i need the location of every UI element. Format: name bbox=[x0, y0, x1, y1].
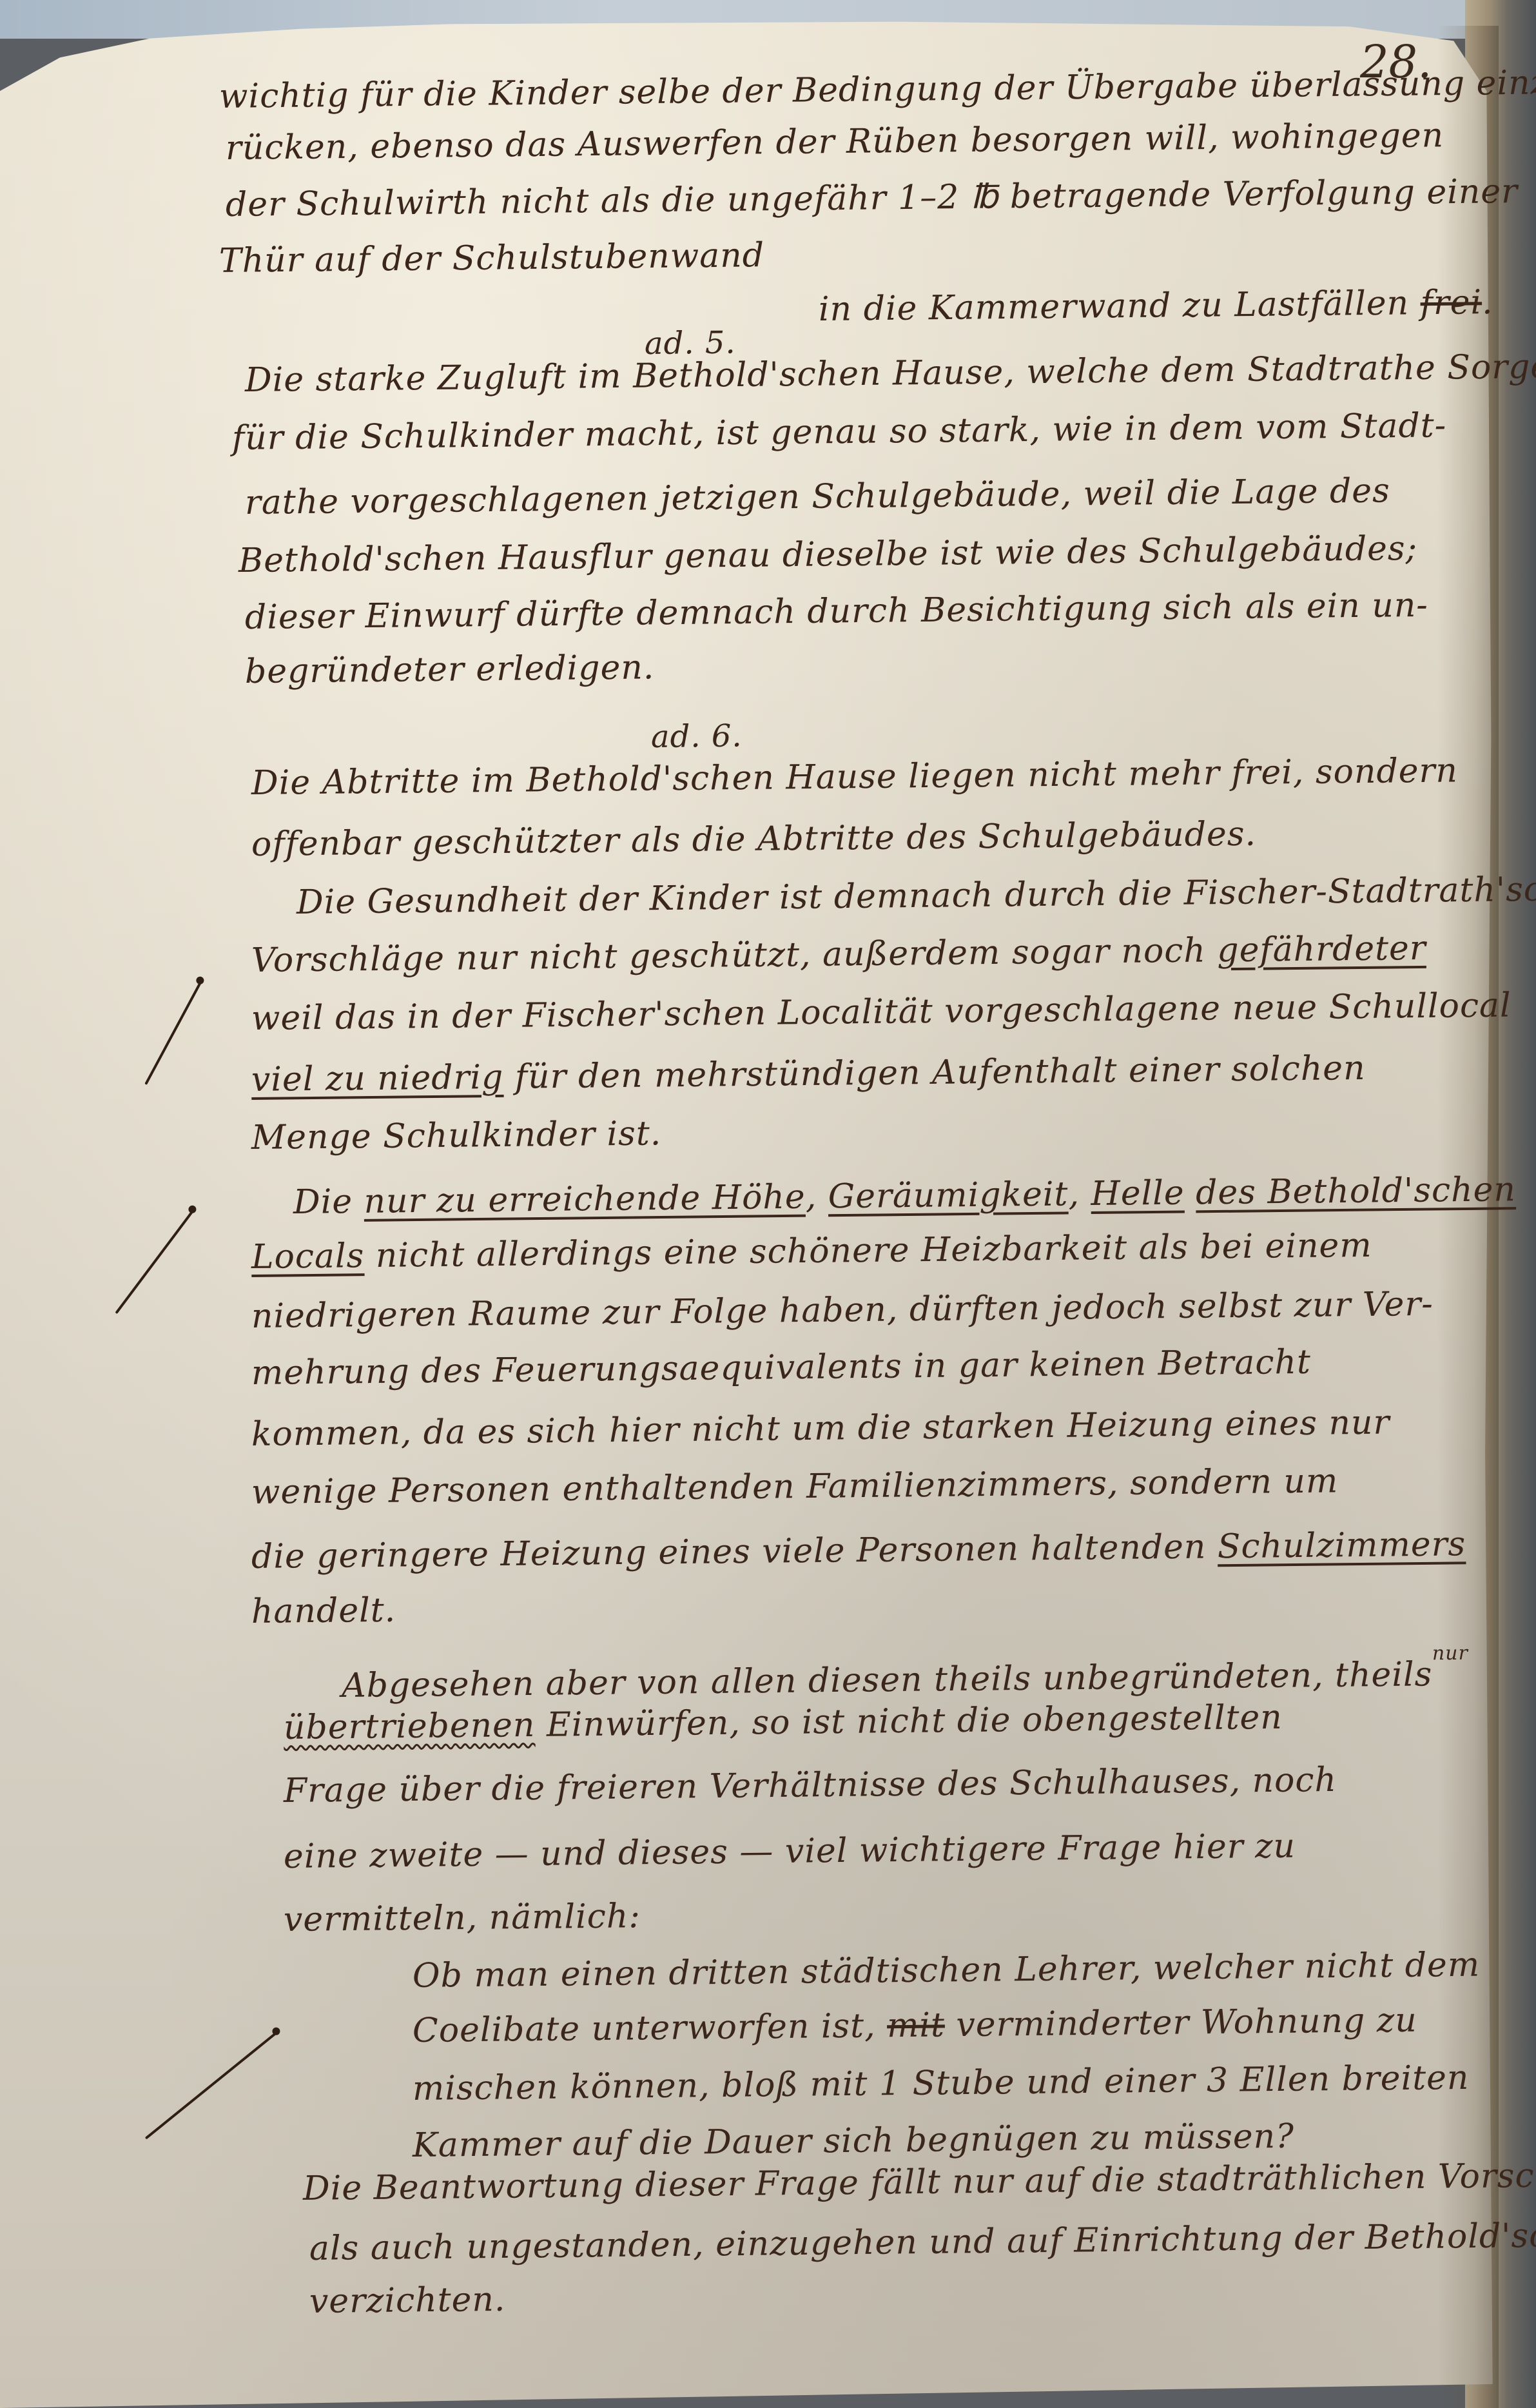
line-text: Thür auf der Schulstubenwand bbox=[219, 236, 765, 280]
line-text: Einwürfen, so ist nicht die obengestellt… bbox=[535, 1698, 1283, 1745]
underlined-text: Geräumigkeit bbox=[828, 1175, 1068, 1216]
line-text: verzichten. bbox=[309, 2280, 506, 2321]
line-text: Menge Schulkinder ist. bbox=[251, 1114, 662, 1157]
handwritten-line: vermitteln, nämlich: bbox=[284, 1897, 641, 1939]
line-text: verminderter Wohnung zu bbox=[945, 2001, 1417, 2045]
underlined-text: nur zu erreichende Höhe bbox=[364, 1178, 806, 1221]
section-heading-ad-6: ad. 6. bbox=[651, 718, 743, 755]
underlined-text: übertriebenen bbox=[284, 1706, 536, 1747]
handwritten-line: handelt. bbox=[251, 1591, 396, 1631]
line-text: begründeter erledigen. bbox=[245, 648, 655, 691]
handwritten-line: verzichten. bbox=[309, 2280, 506, 2321]
interlinear-insertion: nur bbox=[1432, 1642, 1468, 1665]
line-text bbox=[1184, 1173, 1196, 1212]
line-text: Die bbox=[293, 1182, 364, 1222]
underlined-text: Schulzimmers bbox=[1218, 1525, 1466, 1566]
handwritten-line: begründeter erledigen. bbox=[245, 648, 655, 691]
underlined-text: gefährdeter bbox=[1217, 929, 1426, 970]
underlined-text: viel zu niedrig bbox=[251, 1058, 504, 1099]
line-text bbox=[1409, 284, 1421, 322]
underlined-text: des Bethold'schen bbox=[1196, 1170, 1516, 1212]
underlined-text: Helle bbox=[1091, 1174, 1185, 1214]
line-text: vermitteln, nämlich: bbox=[284, 1897, 641, 1939]
handwritten-line: Menge Schulkinder ist. bbox=[251, 1114, 662, 1157]
handwritten-line: Thür auf der Schulstubenwand bbox=[219, 236, 765, 280]
underlined-text: Locals bbox=[251, 1237, 365, 1277]
line-text: . bbox=[1482, 283, 1493, 322]
line-text: , bbox=[805, 1177, 828, 1216]
line-text: , bbox=[1068, 1175, 1091, 1213]
handwritten-line: in die Kammerwand zu Lastfällen frei. bbox=[819, 283, 1493, 329]
line-text: handelt. bbox=[251, 1591, 396, 1631]
struck-word: frei bbox=[1420, 283, 1482, 322]
line-text: in die Kammerwand zu Lastfällen bbox=[819, 284, 1410, 329]
struck-word: mit bbox=[887, 2006, 945, 2045]
line-text: Coelibate unterworfen ist, bbox=[413, 2006, 888, 2050]
